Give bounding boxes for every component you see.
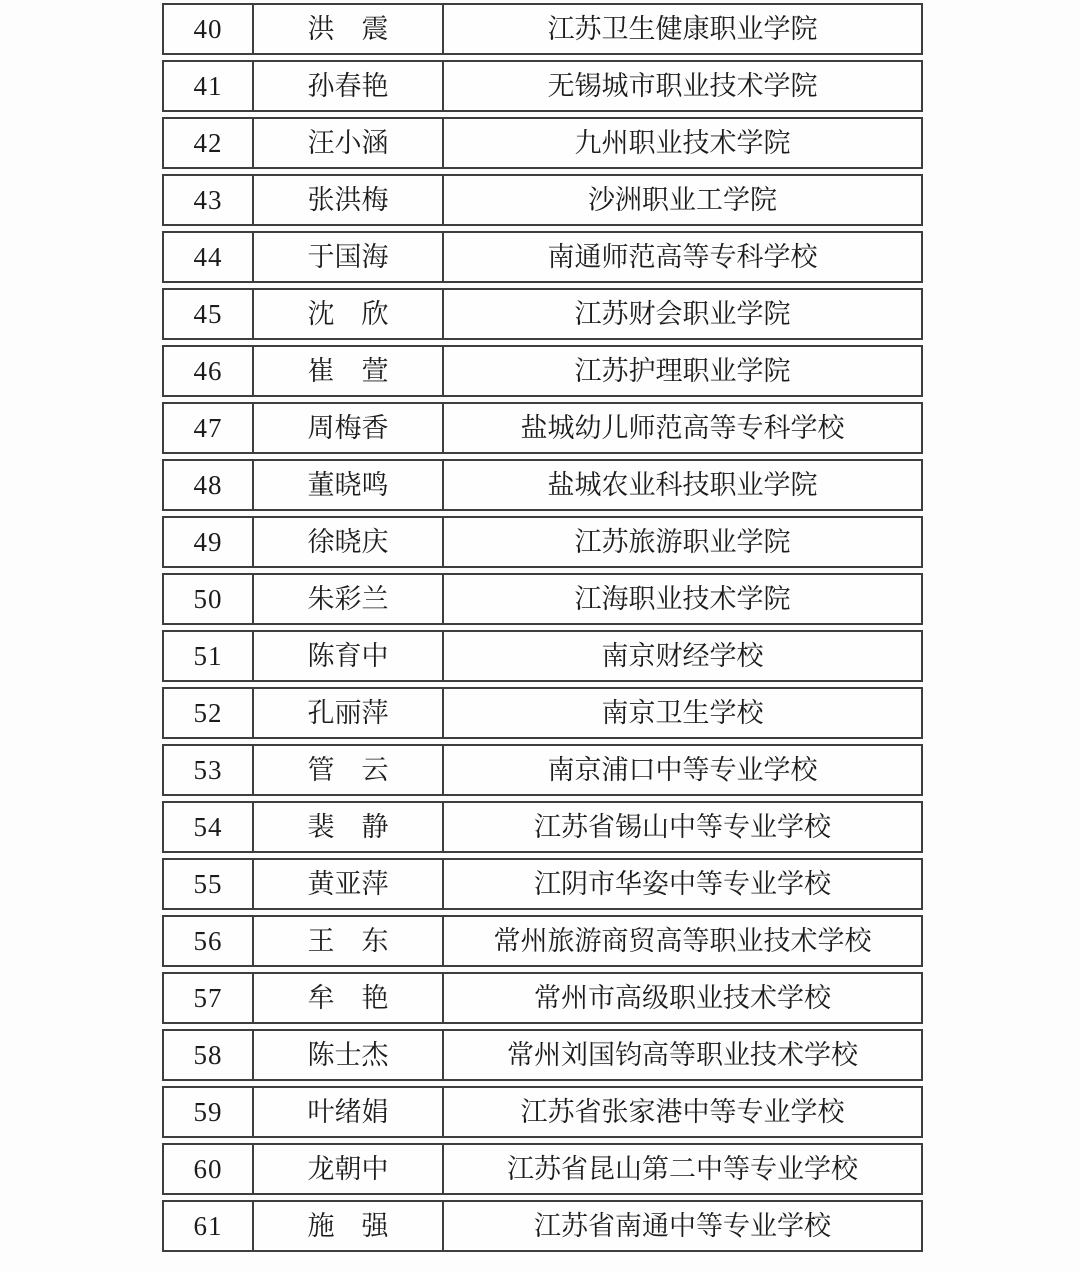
table-row: 61 施 强 江苏省南通中等专业学校 bbox=[162, 1200, 923, 1252]
teacher-name-cell: 龙朝中 bbox=[254, 1143, 444, 1195]
teacher-name-cell: 裴 静 bbox=[254, 801, 444, 853]
table-row: 48 董晓鸣 盐城农业科技职业学院 bbox=[162, 459, 923, 511]
school-name-cell: 江苏卫生健康职业学院 bbox=[444, 3, 923, 55]
table-row: 40 洪 震 江苏卫生健康职业学院 bbox=[162, 3, 923, 55]
school-name-cell: 江苏省锡山中等专业学校 bbox=[444, 801, 923, 853]
teacher-name-cell: 陈育中 bbox=[254, 630, 444, 682]
table-row: 56 王 东 常州旅游商贸高等职业技术学校 bbox=[162, 915, 923, 967]
row-number-cell: 55 bbox=[162, 858, 254, 910]
school-name-cell: 江苏护理职业学院 bbox=[444, 345, 923, 397]
table-row: 49 徐晓庆 江苏旅游职业学院 bbox=[162, 516, 923, 568]
school-name-cell: 南京财经学校 bbox=[444, 630, 923, 682]
table-row: 44 于国海 南通师范高等专科学校 bbox=[162, 231, 923, 283]
row-number-cell: 61 bbox=[162, 1200, 254, 1252]
table-row: 53 管 云 南京浦口中等专业学校 bbox=[162, 744, 923, 796]
school-name-cell: 江苏旅游职业学院 bbox=[444, 516, 923, 568]
teacher-name-cell: 陈士杰 bbox=[254, 1029, 444, 1081]
table-row: 60 龙朝中 江苏省昆山第二中等专业学校 bbox=[162, 1143, 923, 1195]
row-number-cell: 47 bbox=[162, 402, 254, 454]
table-row: 59 叶绪娟 江苏省张家港中等专业学校 bbox=[162, 1086, 923, 1138]
teacher-name-cell: 张洪梅 bbox=[254, 174, 444, 226]
row-number-cell: 50 bbox=[162, 573, 254, 625]
teacher-name-cell: 沈 欣 bbox=[254, 288, 444, 340]
school-name-cell: 常州市高级职业技术学校 bbox=[444, 972, 923, 1024]
row-number-cell: 46 bbox=[162, 345, 254, 397]
school-name-cell: 盐城农业科技职业学院 bbox=[444, 459, 923, 511]
row-number-cell: 56 bbox=[162, 915, 254, 967]
teacher-name-cell: 洪 震 bbox=[254, 3, 444, 55]
school-name-cell: 江苏省昆山第二中等专业学校 bbox=[444, 1143, 923, 1195]
roster-table: 40 洪 震 江苏卫生健康职业学院 41 孙春艳 无锡城市职业技术学院 42 汪… bbox=[162, 0, 923, 1257]
school-name-cell: 南京卫生学校 bbox=[444, 687, 923, 739]
school-name-cell: 沙洲职业工学院 bbox=[444, 174, 923, 226]
teacher-name-cell: 孙春艳 bbox=[254, 60, 444, 112]
teacher-name-cell: 周梅香 bbox=[254, 402, 444, 454]
table-row: 41 孙春艳 无锡城市职业技术学院 bbox=[162, 60, 923, 112]
row-number-cell: 51 bbox=[162, 630, 254, 682]
school-name-cell: 江海职业技术学院 bbox=[444, 573, 923, 625]
row-number-cell: 48 bbox=[162, 459, 254, 511]
school-name-cell: 常州刘国钧高等职业技术学校 bbox=[444, 1029, 923, 1081]
school-name-cell: 盐城幼儿师范高等专科学校 bbox=[444, 402, 923, 454]
teacher-name-cell: 朱彩兰 bbox=[254, 573, 444, 625]
row-number-cell: 59 bbox=[162, 1086, 254, 1138]
table-row: 47 周梅香 盐城幼儿师范高等专科学校 bbox=[162, 402, 923, 454]
school-name-cell: 无锡城市职业技术学院 bbox=[444, 60, 923, 112]
teacher-name-cell: 管 云 bbox=[254, 744, 444, 796]
school-name-cell: 南通师范高等专科学校 bbox=[444, 231, 923, 283]
teacher-name-cell: 王 东 bbox=[254, 915, 444, 967]
row-number-cell: 42 bbox=[162, 117, 254, 169]
row-number-cell: 49 bbox=[162, 516, 254, 568]
row-number-cell: 43 bbox=[162, 174, 254, 226]
school-name-cell: 九州职业技术学院 bbox=[444, 117, 923, 169]
teacher-name-cell: 叶绪娟 bbox=[254, 1086, 444, 1138]
table-row: 42 汪小涵 九州职业技术学院 bbox=[162, 117, 923, 169]
school-name-cell: 江苏省南通中等专业学校 bbox=[444, 1200, 923, 1252]
table-row: 45 沈 欣 江苏财会职业学院 bbox=[162, 288, 923, 340]
row-number-cell: 54 bbox=[162, 801, 254, 853]
table-row: 51 陈育中 南京财经学校 bbox=[162, 630, 923, 682]
table-row: 58 陈士杰 常州刘国钧高等职业技术学校 bbox=[162, 1029, 923, 1081]
school-name-cell: 常州旅游商贸高等职业技术学校 bbox=[444, 915, 923, 967]
teacher-name-cell: 董晓鸣 bbox=[254, 459, 444, 511]
teacher-name-cell: 孔丽萍 bbox=[254, 687, 444, 739]
table-row: 54 裴 静 江苏省锡山中等专业学校 bbox=[162, 801, 923, 853]
table-row: 57 牟 艳 常州市高级职业技术学校 bbox=[162, 972, 923, 1024]
row-number-cell: 60 bbox=[162, 1143, 254, 1195]
row-number-cell: 41 bbox=[162, 60, 254, 112]
school-name-cell: 江苏省张家港中等专业学校 bbox=[444, 1086, 923, 1138]
teacher-name-cell: 于国海 bbox=[254, 231, 444, 283]
teacher-name-cell: 牟 艳 bbox=[254, 972, 444, 1024]
row-number-cell: 58 bbox=[162, 1029, 254, 1081]
teacher-name-cell: 黄亚萍 bbox=[254, 858, 444, 910]
document-page: 40 洪 震 江苏卫生健康职业学院 41 孙春艳 无锡城市职业技术学院 42 汪… bbox=[0, 0, 1080, 1272]
teacher-name-cell: 施 强 bbox=[254, 1200, 444, 1252]
table-row: 50 朱彩兰 江海职业技术学院 bbox=[162, 573, 923, 625]
table-row: 46 崔 萱 江苏护理职业学院 bbox=[162, 345, 923, 397]
table-row: 55 黄亚萍 江阴市华姿中等专业学校 bbox=[162, 858, 923, 910]
school-name-cell: 江苏财会职业学院 bbox=[444, 288, 923, 340]
school-name-cell: 江阴市华姿中等专业学校 bbox=[444, 858, 923, 910]
row-number-cell: 40 bbox=[162, 3, 254, 55]
school-name-cell: 南京浦口中等专业学校 bbox=[444, 744, 923, 796]
teacher-name-cell: 崔 萱 bbox=[254, 345, 444, 397]
row-number-cell: 44 bbox=[162, 231, 254, 283]
table-row: 43 张洪梅 沙洲职业工学院 bbox=[162, 174, 923, 226]
roster-table-body: 40 洪 震 江苏卫生健康职业学院 41 孙春艳 无锡城市职业技术学院 42 汪… bbox=[162, 3, 923, 1252]
teacher-name-cell: 徐晓庆 bbox=[254, 516, 444, 568]
row-number-cell: 45 bbox=[162, 288, 254, 340]
teacher-name-cell: 汪小涵 bbox=[254, 117, 444, 169]
table-row: 52 孔丽萍 南京卫生学校 bbox=[162, 687, 923, 739]
row-number-cell: 57 bbox=[162, 972, 254, 1024]
row-number-cell: 53 bbox=[162, 744, 254, 796]
row-number-cell: 52 bbox=[162, 687, 254, 739]
